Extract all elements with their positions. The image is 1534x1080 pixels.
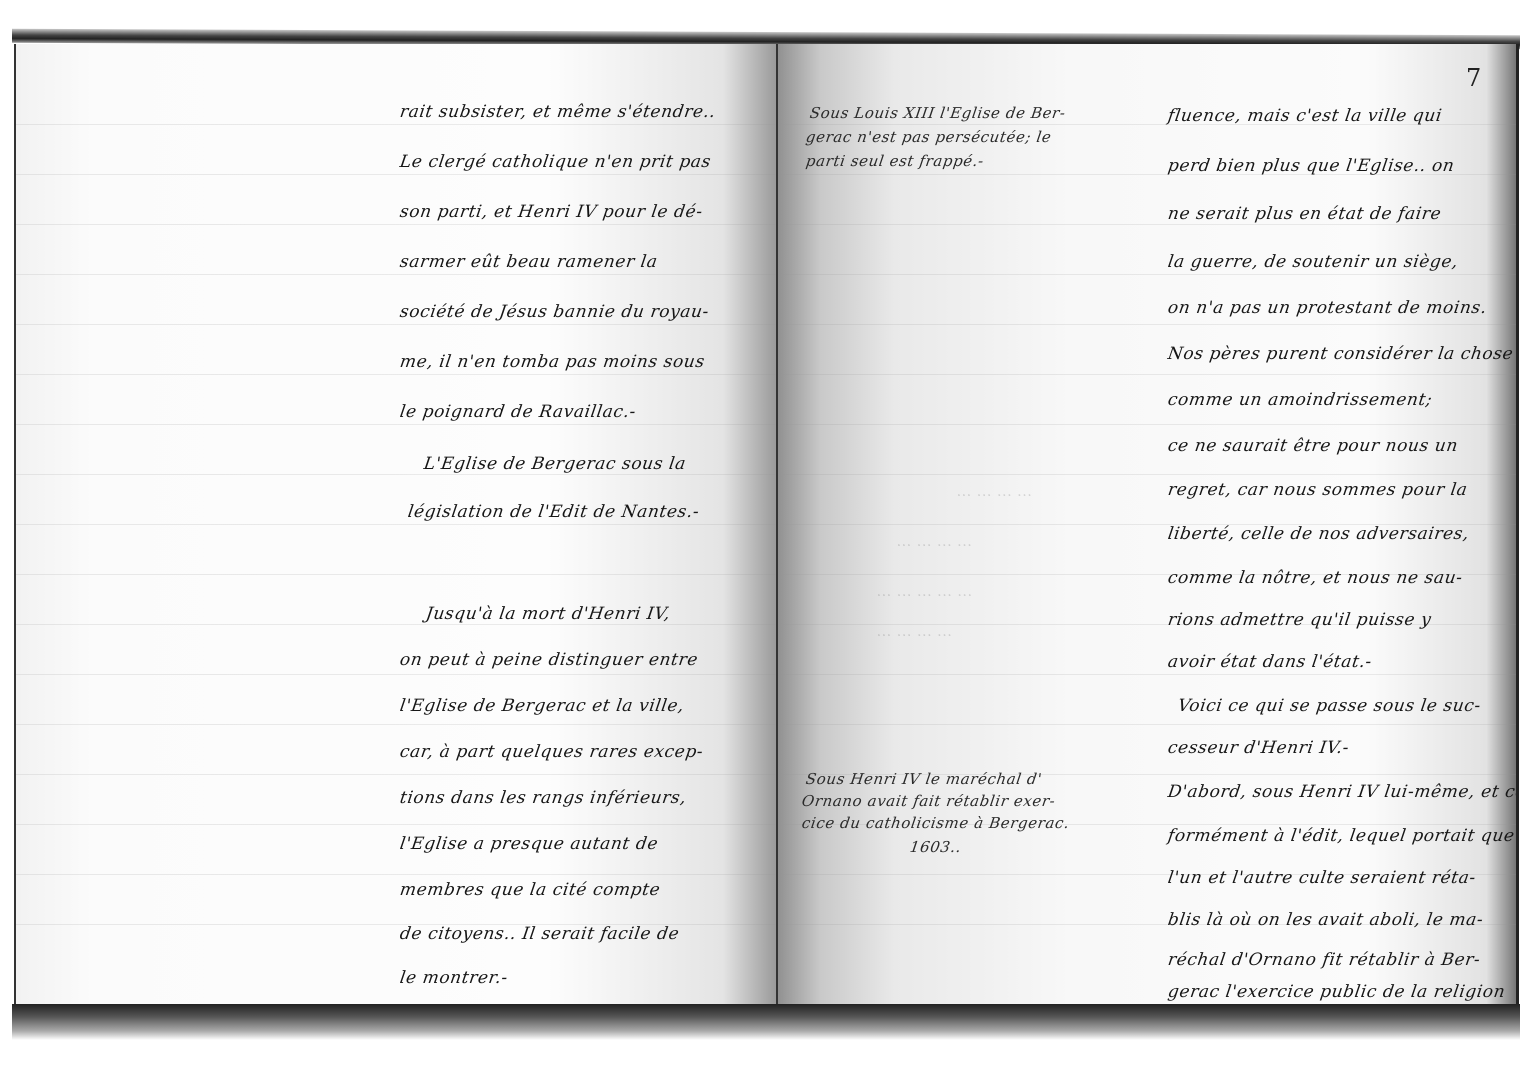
text-line: on peut à peine distinguer entre xyxy=(399,650,700,670)
text-line: membres que la cité compte xyxy=(399,880,662,900)
heading-line: législation de l'Edit de Nantes.- xyxy=(407,502,701,522)
text-line: on n'a pas un protestant de moins. xyxy=(1167,298,1489,318)
text-line: cesseur d'Henri IV.- xyxy=(1167,738,1351,758)
text-line: Jusqu'à la mort d'Henri IV, xyxy=(425,604,672,624)
text-line: perd bien plus que l'Eglise.. on xyxy=(1167,156,1456,176)
text-line: son parti, et Henri IV pour le dé- xyxy=(399,202,704,222)
text-line: tions dans les rangs inférieurs, xyxy=(399,788,688,808)
left-page: rait subsister, et même s'étendre.. Le c… xyxy=(14,44,776,1004)
text-line: ce ne saurait être pour nous un xyxy=(1167,436,1460,456)
text-line: gerac l'exercice public de la religion xyxy=(1167,982,1507,1002)
text-line: l'Eglise a presque autant de xyxy=(399,834,660,854)
margin-note-line: 1603.. xyxy=(909,838,963,856)
text-line: liberté, celle de nos adversaires, xyxy=(1167,524,1471,544)
text-line: regret, car nous sommes pour la xyxy=(1167,480,1469,500)
text-line: la guerre, de soutenir un siège, xyxy=(1167,252,1460,272)
text-line: Voici ce qui se passe sous le suc- xyxy=(1177,696,1483,716)
bleed-through-line: ... ... ... ... xyxy=(956,484,1032,500)
heading-line: L'Eglise de Bergerac sous la xyxy=(423,454,688,474)
margin-note-line: Sous Louis XIII l'Eglise de Ber- xyxy=(809,104,1067,122)
text-line: car, à part quelques rares excep- xyxy=(399,742,705,762)
text-line: l'un et l'autre culte seraient réta- xyxy=(1167,868,1478,888)
book-gutter xyxy=(776,44,778,1004)
text-line: comme un amoindrissement; xyxy=(1167,390,1434,410)
text-line: me, il n'en tomba pas moins sous xyxy=(399,352,707,372)
text-line: Le clergé catholique n'en prit pas xyxy=(399,152,713,172)
bleed-through-line: ... ... ... ... xyxy=(896,534,972,550)
page-number: 7 xyxy=(1466,64,1481,92)
text-line: rions admettre qu'il puisse y xyxy=(1167,610,1433,630)
text-line: société de Jésus bannie du royau- xyxy=(399,302,711,322)
text-line: de citoyens.. Il serait facile de xyxy=(399,924,681,944)
text-line: ne serait plus en état de faire xyxy=(1167,204,1443,224)
text-line: blis là où on les avait aboli, le ma- xyxy=(1167,910,1485,930)
text-line: l'Eglise de Bergerac et la ville, xyxy=(399,696,686,716)
margin-note-line: cice du catholicisme à Bergerac. xyxy=(801,814,1071,832)
bleed-through-line: ... ... ... ... ... xyxy=(876,584,972,600)
text-line: D'abord, sous Henri IV lui-même, et con- xyxy=(1167,782,1519,802)
margin-note-line: parti seul est frappé.- xyxy=(805,152,985,170)
margin-note-line: Sous Henri IV le maréchal d' xyxy=(805,770,1044,788)
text-line: avoir état dans l'état.- xyxy=(1167,652,1374,672)
text-line: rait subsister, et même s'étendre.. xyxy=(399,102,717,122)
text-line: fluence, mais c'est la ville qui xyxy=(1167,106,1444,126)
right-page: 7 Sous Louis XIII l'Eglise de Ber- gerac… xyxy=(776,44,1519,1004)
text-line: le montrer.- xyxy=(399,968,510,988)
text-line: réchal d'Ornano fit rétablir à Ber- xyxy=(1167,950,1482,970)
margin-note-line: gerac n'est pas persécutée; le xyxy=(805,128,1053,146)
text-line: comme la nôtre, et nous ne sau- xyxy=(1167,568,1464,588)
text-line: formément à l'édit, lequel portait que xyxy=(1167,826,1516,846)
text-line: sarmer eût beau ramener la xyxy=(399,252,659,272)
text-line: Nos pères purent considérer la chose xyxy=(1167,344,1515,364)
text-line: le poignard de Ravaillac.- xyxy=(399,402,638,422)
scanned-book-spread: rait subsister, et même s'étendre.. Le c… xyxy=(12,32,1520,1022)
bottom-binding-shadow xyxy=(12,1004,1520,1040)
bleed-through-line: ... ... ... ... xyxy=(876,624,952,640)
margin-note-line: Ornano avait fait rétablir exer- xyxy=(801,792,1057,810)
